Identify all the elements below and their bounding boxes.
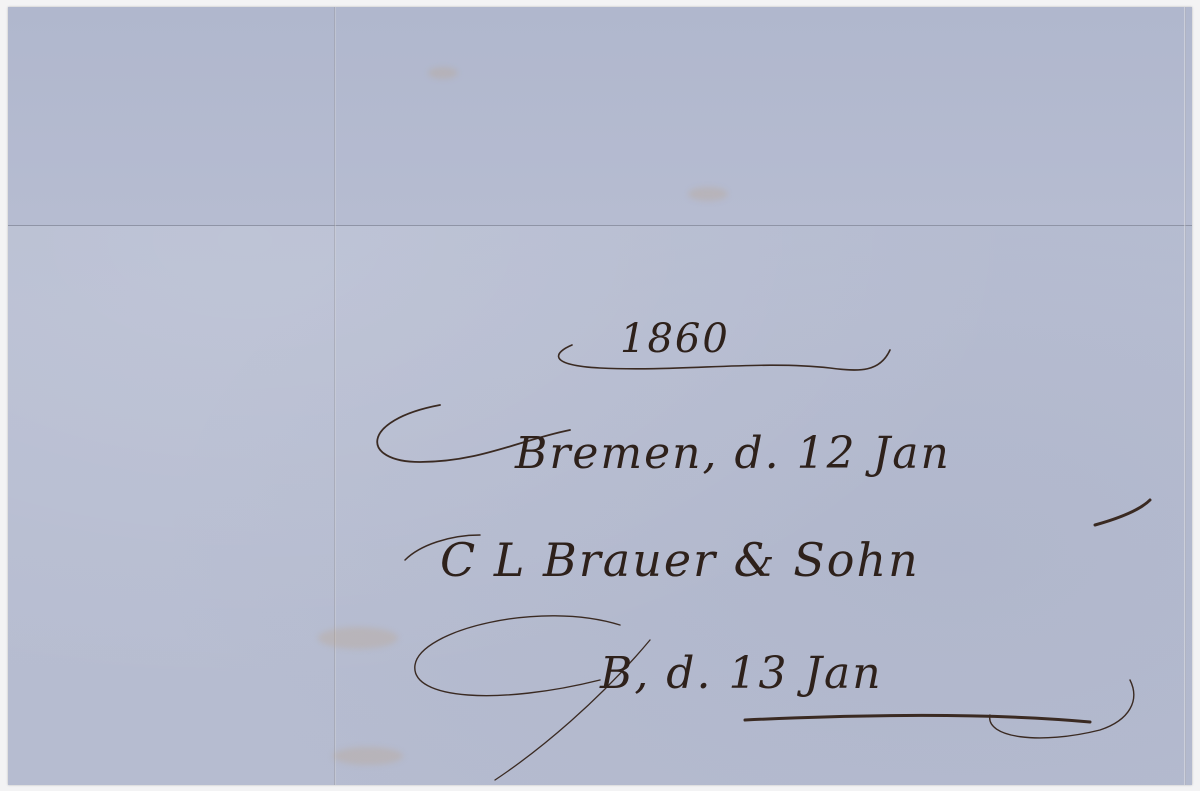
folded-top-flap xyxy=(8,7,1192,226)
vertical-fold-line xyxy=(334,7,336,785)
letter-sheet xyxy=(8,7,1192,785)
age-stain xyxy=(318,627,398,649)
age-stain xyxy=(428,67,458,79)
age-stain xyxy=(688,187,728,201)
age-stain xyxy=(333,747,403,765)
right-edge-fold xyxy=(1184,7,1186,785)
